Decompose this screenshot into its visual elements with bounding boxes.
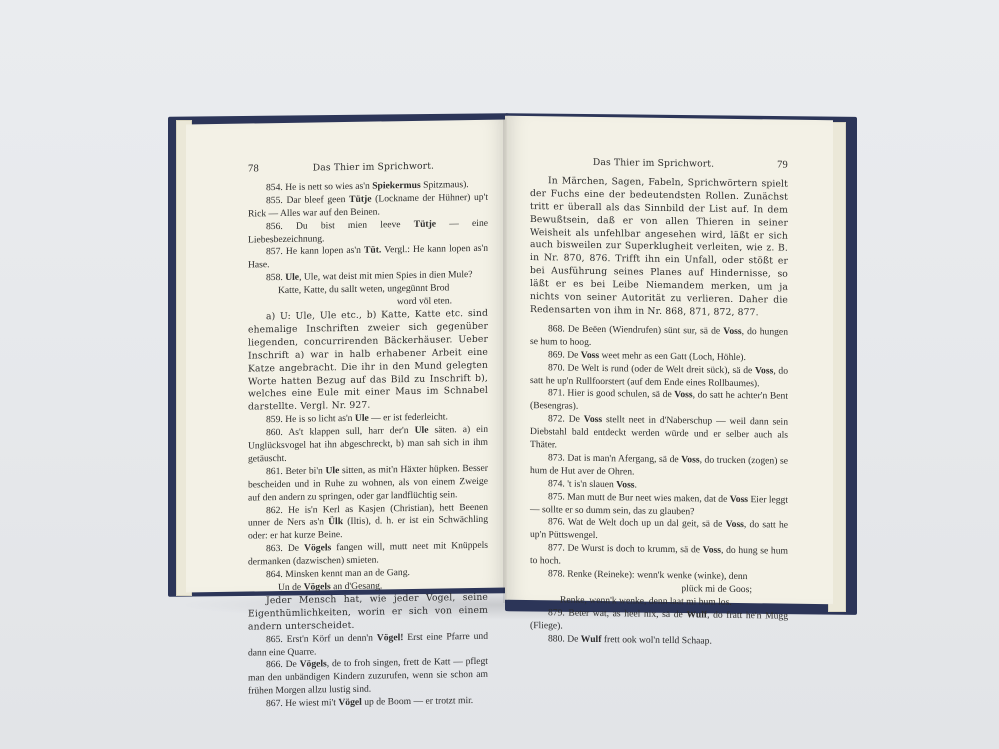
proverb-entry: 866. De Vögels, de to froh singen, frett… [248,656,488,698]
entry-number: 879. [548,607,565,618]
entry-number: 866. [266,659,283,670]
page-number: 79 [777,160,788,173]
proverb-entry: 862. He is'n Kerl as Kasjen (Christian),… [248,501,488,543]
entry-keyword: Spiekermus [372,180,421,192]
proverb-entry: 880. De Wulf frett ook wol'n telld Schaa… [530,633,788,650]
entry-number: 855. [266,195,283,206]
note-paragraph: Jeder Mensch hat, wie jeder Vogel, seine… [248,592,488,634]
entry-number: 876. [548,517,565,528]
entry-keyword: Vögel [338,697,361,708]
entry-number: 872. [548,414,565,425]
entry-text: De Beëen (Wiendrufen) sünt sur, sä de [568,323,723,336]
proverb-entry: 879. Beter wat, as heel nix, sä de Wulf,… [530,607,788,636]
entry-number: 861. [266,466,283,477]
entry-text: De Welt is rund (oder de Welt dreit sück… [568,362,755,376]
entry-number: 873. [548,452,565,463]
running-head-title: Das Thier im Sprichwort. [259,160,488,177]
entry-keyword: Voss [674,389,692,400]
entry-text: Dar bleef geen [286,194,349,206]
proverb-entry: 861. Beter bi'n Ule sitten, as mit'n Häx… [248,463,488,505]
running-head-left: 78 Das Thier im Sprichwort. [248,160,488,177]
entry-text-after: frett ook wol'n telld Schaap. [601,634,711,647]
entry-keyword: Ülk [328,517,343,528]
entry-text: De [286,659,300,670]
note-paragraph: a) U: Ule, Ule etc., b) Katte, Katte etc… [248,308,488,415]
entry-number: 867. [266,698,283,709]
proverb-entry: 855. Dar bleef geen Tütje (Lockname der … [248,192,488,222]
entry-text-after: sitten, as mit'n Häxter hüpken. Besser b… [248,463,488,504]
entry-number: 869. [548,349,565,360]
entry-number: 854. [266,182,283,193]
proverb-entry: 863. De Vögels fangen will, mutt neet mi… [248,540,488,570]
entry-keyword: Ule [415,425,429,436]
running-head-title: Das Thier im Sprichwort. [530,156,777,172]
entry-keyword: Voss [581,349,599,360]
entry-keyword: Ule [325,465,339,476]
entry-number: 874. [548,478,565,489]
entry-keyword: Voss [726,519,744,530]
entry-number: 857. [266,246,283,257]
entry-number: 868. [548,323,565,334]
entry-number: 859. [266,414,283,425]
entry-keyword: Vögels [300,659,327,670]
proverb-entry: 857. He kann lopen as'n Tüt. Vergl.: He … [248,243,488,273]
entry-keyword: Voss [730,494,748,505]
entry-number: 878. [548,568,565,579]
entry-keyword: Voss [584,414,602,425]
entry-keyword: Tütje [414,218,436,229]
entry-text: De [567,349,581,360]
proverb-entry: 860. As't klappen sull, harr der'n Ule s… [248,424,488,466]
proverb-entry: 873. Dat is man'n Afergang, sä de Voss, … [530,452,788,481]
entry-keyword: Voss [703,545,721,556]
entry-text: De [567,633,581,644]
entry-number: 865. [266,634,283,645]
entry-text: Renke (Reineke): wenn'k wenke (winke), d… [567,569,747,583]
entry-text-after: Spitzmaus). [421,179,469,191]
entry-text: Man mutt de Bur neet wies maken, dat de [567,491,730,504]
entry-text: De [288,543,304,554]
entry-number: 871. [548,388,565,399]
entry-keyword: Tütje [349,193,371,204]
intro-paragraph: In Märchen, Sagen, Fabeln, Sprichwörtern… [530,175,788,321]
entry-text-after: weet mehr as een Gatt (Loch, Höhle). [599,350,746,363]
entry-keyword: Ule [355,413,369,424]
entry-text: Du bist mien leeve [296,219,414,232]
entry-text: As't klappen sull, harr der'n [288,425,414,438]
proverb-entry: 872. De Voss stellt neet in d'Naberschup… [530,413,788,455]
entry-number: 863. [266,543,283,554]
book-gutter [503,118,507,603]
entry-number: 875. [548,491,565,502]
left-page: 78 Das Thier im Sprichwort. 854. He is n… [186,119,506,592]
entry-text-after: — er ist federleicht. [369,412,448,424]
entry-number: 856. [266,221,283,232]
entry-text: He is so licht as'n [285,413,355,425]
proverb-entry: 867. He wiest mi't Vögel up de Boom — er… [248,695,488,712]
entry-number: 870. [548,362,565,373]
proverb-entry: 868. De Beëen (Wiendrufen) sünt sur, sä … [530,323,788,352]
entry-number: 864. [266,569,283,580]
entry-text-after: up de Boom — er trotzt mir. [362,695,473,708]
entry-keyword: Voss [616,479,634,490]
entry-text: Dat is man'n Afergang, sä de [567,453,681,466]
running-head-right: Das Thier im Sprichwort. 79 [530,156,788,173]
proverb-entry: 876. Wat de Welt doch up un dal geit, sä… [530,517,788,546]
entry-number: 880. [548,633,565,644]
proverb-entry: 865. Erst'n Körf un denn'n Vögel! Erst e… [248,630,488,660]
entry-keyword: Voss [755,365,773,376]
page-number: 78 [248,163,259,176]
entry-keyword: Wulf [686,609,707,620]
entry-keyword: Wulf [581,633,602,644]
entry-text: Beter bi'n [285,465,325,477]
proverb-entry: 871. Hier is good schulen, sä de Voss, d… [530,387,788,416]
entry-keyword: Voss [723,326,741,337]
entry-keyword: Voss [681,454,699,465]
proverb-entry: 877. De Wurst is doch to krumm, sä de Vo… [530,542,788,571]
entry-number: 862. [266,505,283,516]
entry-text: He kann lopen as'n [286,245,364,257]
entry-number: 860. [266,427,283,438]
entry-text: De Wurst is doch to krumm, sä de [567,543,702,556]
entry-number: 858. [266,272,283,283]
right-page: Das Thier im Sprichwort. 79 In Märchen, … [505,116,833,605]
entry-number: 877. [548,543,565,554]
entry-text-after: , de to froh singen, frett de Katt — pfl… [248,656,488,697]
entry-text-after: . [635,479,637,490]
entry-text: Wat de Welt doch up un dal geit, sä de [568,517,726,530]
entry-text: Erst'n Körf un denn'n [287,632,377,644]
proverb-entry: 870. De Welt is rund (oder de Welt dreit… [530,362,788,391]
entry-keyword: Vögel! [377,632,404,643]
entry-text: He wiest mi't [285,697,338,709]
entry-text: Hier is good schulen, sä de [567,388,674,400]
entry-text-after: fangen will, mutt neet mit Knüppels derm… [248,540,488,568]
entry-text: He is nett so wies as'n [285,180,372,192]
entry-text: De [569,414,584,425]
entry-keyword: Ule [285,272,299,283]
entry-keyword: Tüt. [364,245,381,256]
entry-keyword: Vögels [304,543,331,554]
entry-text-after: , Ule, wat deist mit mien Spies in dien … [299,269,472,283]
entry-text: 't is'n slauen [567,478,616,490]
entry-text: Minsken kennt man an de Gang. [285,567,410,580]
entry-text: Beter wat, as heel nix, sä de [568,607,686,620]
proverb-entry: 875. Man mutt de Bur neet wies maken, da… [530,491,788,520]
proverb-entry: 856. Du bist mien leeve Tütje — eine Lie… [248,217,488,247]
